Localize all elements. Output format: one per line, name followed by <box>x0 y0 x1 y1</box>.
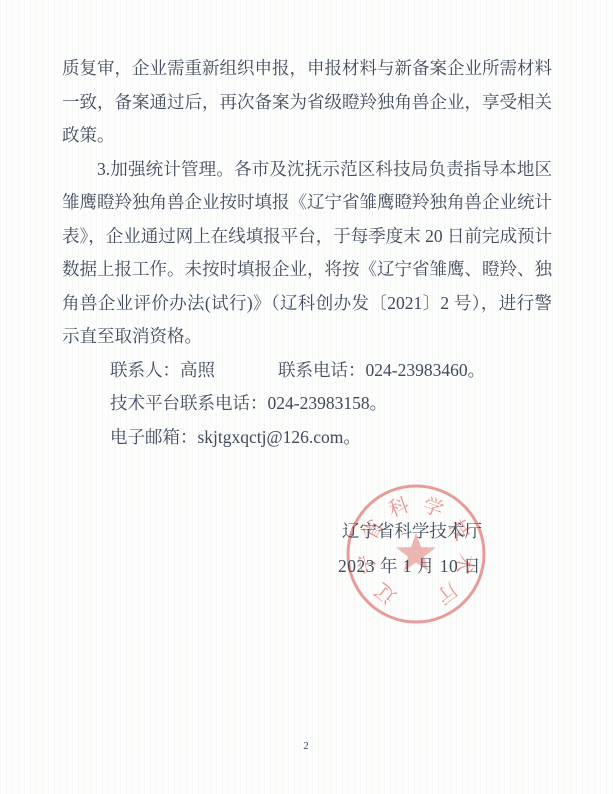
contact-person: 联系人：高照 <box>110 360 215 380</box>
signature-org: 辽宁省科学技术厅 <box>342 514 482 549</box>
body-line: 质复审，企业需重新组织申报，申报材料与新备案企业所需材料 <box>62 52 552 86</box>
contact-line: 技术平台联系电话：024-23983158。 <box>62 387 552 421</box>
body-line: 示直至取消资格。 <box>62 320 552 354</box>
page-number: 2 <box>0 740 613 752</box>
body-line: 角兽企业评价办法(试行)》（辽科创办发〔2021〕2 号），进行警 <box>62 287 552 321</box>
signature-date: 2023 年 1 月 10 日 <box>338 549 482 584</box>
body-text: 质复审，企业需重新组织申报，申报材料与新备案企业所需材料 一致，备案通过后，再次… <box>62 52 552 454</box>
body-line: 政策。 <box>62 119 552 153</box>
body-line: 数据上报工作。未按时填报企业，将按《辽宁省雏鹰、瞪羚、独 <box>62 253 552 287</box>
contact-line: 电子邮箱：skjtgxqctj@126.com。 <box>62 421 552 455</box>
contact-line: 联系人：高照联系电话：024-23983460。 <box>62 354 552 388</box>
document-page: 质复审，企业需重新组织申报，申报材料与新备案企业所需材料 一致，备案通过后，再次… <box>0 0 613 794</box>
body-line: 雏鹰瞪羚独角兽企业按时填报《辽宁省雏鹰瞪羚独角兽企业统计 <box>62 186 552 220</box>
signature-block: 辽宁省科学技术厅 2023 年 1 月 10 日 <box>342 514 482 584</box>
body-line: 表》，企业通过网上在线填报平台，于每季度末 20 日前完成预计 <box>62 220 552 254</box>
body-line: 3.加强统计管理。各市及沈抚示范区科技局负责指导本地区 <box>62 153 552 187</box>
body-line: 一致，备案通过后，再次备案为省级瞪羚独角兽企业，享受相关 <box>62 86 552 120</box>
contact-phone: 联系电话：024-23983460。 <box>278 360 485 380</box>
